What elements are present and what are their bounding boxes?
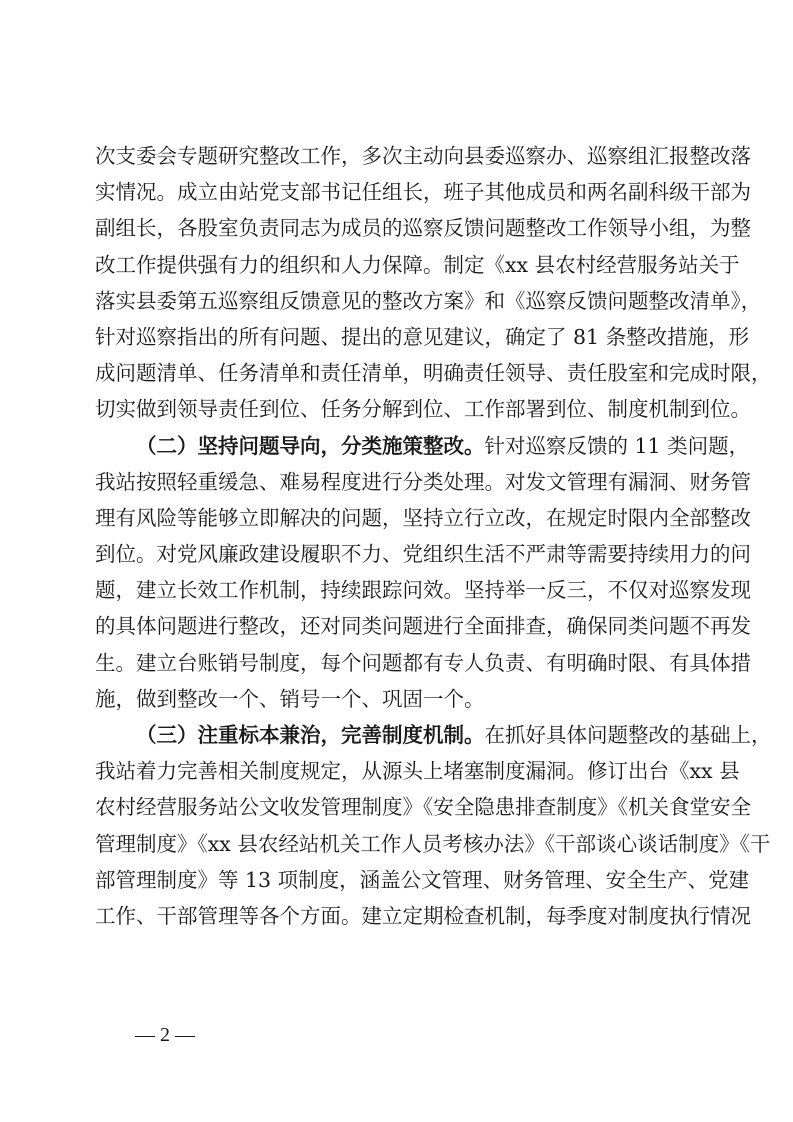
- paragraph-line: 针对巡察指出的所有问题、提出的意见建议，确定了 81 条整改措施，形: [95, 319, 707, 355]
- paragraph-line: 农村经营服务站公文收发管理制度》《安全隐患排查制度》《机关食堂安全: [95, 789, 707, 825]
- paragraph-line: 我站着力完善相关制度规定，从源头上堵塞制度漏洞。修订出台《xx 县: [95, 753, 707, 789]
- section-2-first-line: （二）坚持问题导向，分类施策整改。针对巡察反馈的 11 类问题，: [95, 428, 707, 464]
- paragraph-line: 的具体问题进行整改，还对同类问题进行全面排查，确保同类问题不再发: [95, 608, 707, 644]
- paragraph-line: 题，建立长效工作机制，持续跟踪问效。坚持举一反三，不仅对巡察发现: [95, 572, 707, 608]
- paragraph-line: 成问题清单、任务清单和责任清单，明确责任领导、责任股室和完成时限，: [95, 355, 707, 391]
- section-3-first-line: （三）注重标本兼治，完善制度机制。在抓好具体问题整改的基础上，: [95, 717, 707, 753]
- section-2-lead-text: 针对巡察反馈的 11 类问题，: [485, 434, 750, 458]
- paragraph-line: 理有风险等能够立即解决的问题，坚持立行立改，在规定时限内全部整改: [95, 500, 707, 536]
- paragraph-line: 施，做到整改一个、销号一个、巩固一个。: [95, 681, 707, 717]
- document-page: 次支委会专题研究整改工作，多次主动向县委巡察办、巡察组汇报整改落 实情况。成立由…: [0, 0, 793, 1122]
- paragraph-line: 我站按照轻重缓急、难易程度进行分类处理。对发文管理有漏洞、财务管: [95, 464, 707, 500]
- paragraph-line: 到位。对党风廉政建设履职不力、党组织生活不严肃等需要持续用力的问: [95, 536, 707, 572]
- paragraph-line: 实情况。成立由站党支部书记任组长，班子其他成员和两名副科级干部为: [95, 174, 707, 210]
- paragraph-line: 部管理制度》等 13 项制度，涵盖公文管理、财务管理、安全生产、党建: [95, 862, 707, 898]
- paragraph-line: 次支委会专题研究整改工作，多次主动向县委巡察办、巡察组汇报整改落: [95, 138, 707, 174]
- paragraph-line: 生。建立台账销号制度，每个问题都有专人负责、有明确时限、有具体措: [95, 645, 707, 681]
- paragraph-line: 管理制度》《xx 县农经站机关工作人员考核办法》《干部谈心谈话制度》《干: [95, 826, 707, 862]
- document-body: 次支委会专题研究整改工作，多次主动向县委巡察办、巡察组汇报整改落 实情况。成立由…: [95, 138, 707, 934]
- paragraph-line: 工作、干部管理等各个方面。建立定期检查机制，每季度对制度执行情况: [95, 898, 707, 934]
- section-3-heading: （三）注重标本兼治，完善制度机制。: [136, 723, 485, 747]
- paragraph-line: 改工作提供强有力的组织和人力保障。制定《xx 县农村经营服务站关于: [95, 247, 707, 283]
- page-number: — 2 —: [135, 1020, 195, 1050]
- paragraph-line: 切实做到领导责任到位、任务分解到位、工作部署到位、制度机制到位。: [95, 391, 707, 427]
- section-3-lead-text: 在抓好具体问题整改的基础上，: [485, 723, 772, 747]
- paragraph-line: 副组长，各股室负责同志为成员的巡察反馈问题整改工作领导小组，为整: [95, 210, 707, 246]
- paragraph-line: 落实县委第五巡察组反馈意见的整改方案》和《巡察反馈问题整改清单》，: [95, 283, 707, 319]
- section-2-heading: （二）坚持问题导向，分类施策整改。: [136, 434, 485, 458]
